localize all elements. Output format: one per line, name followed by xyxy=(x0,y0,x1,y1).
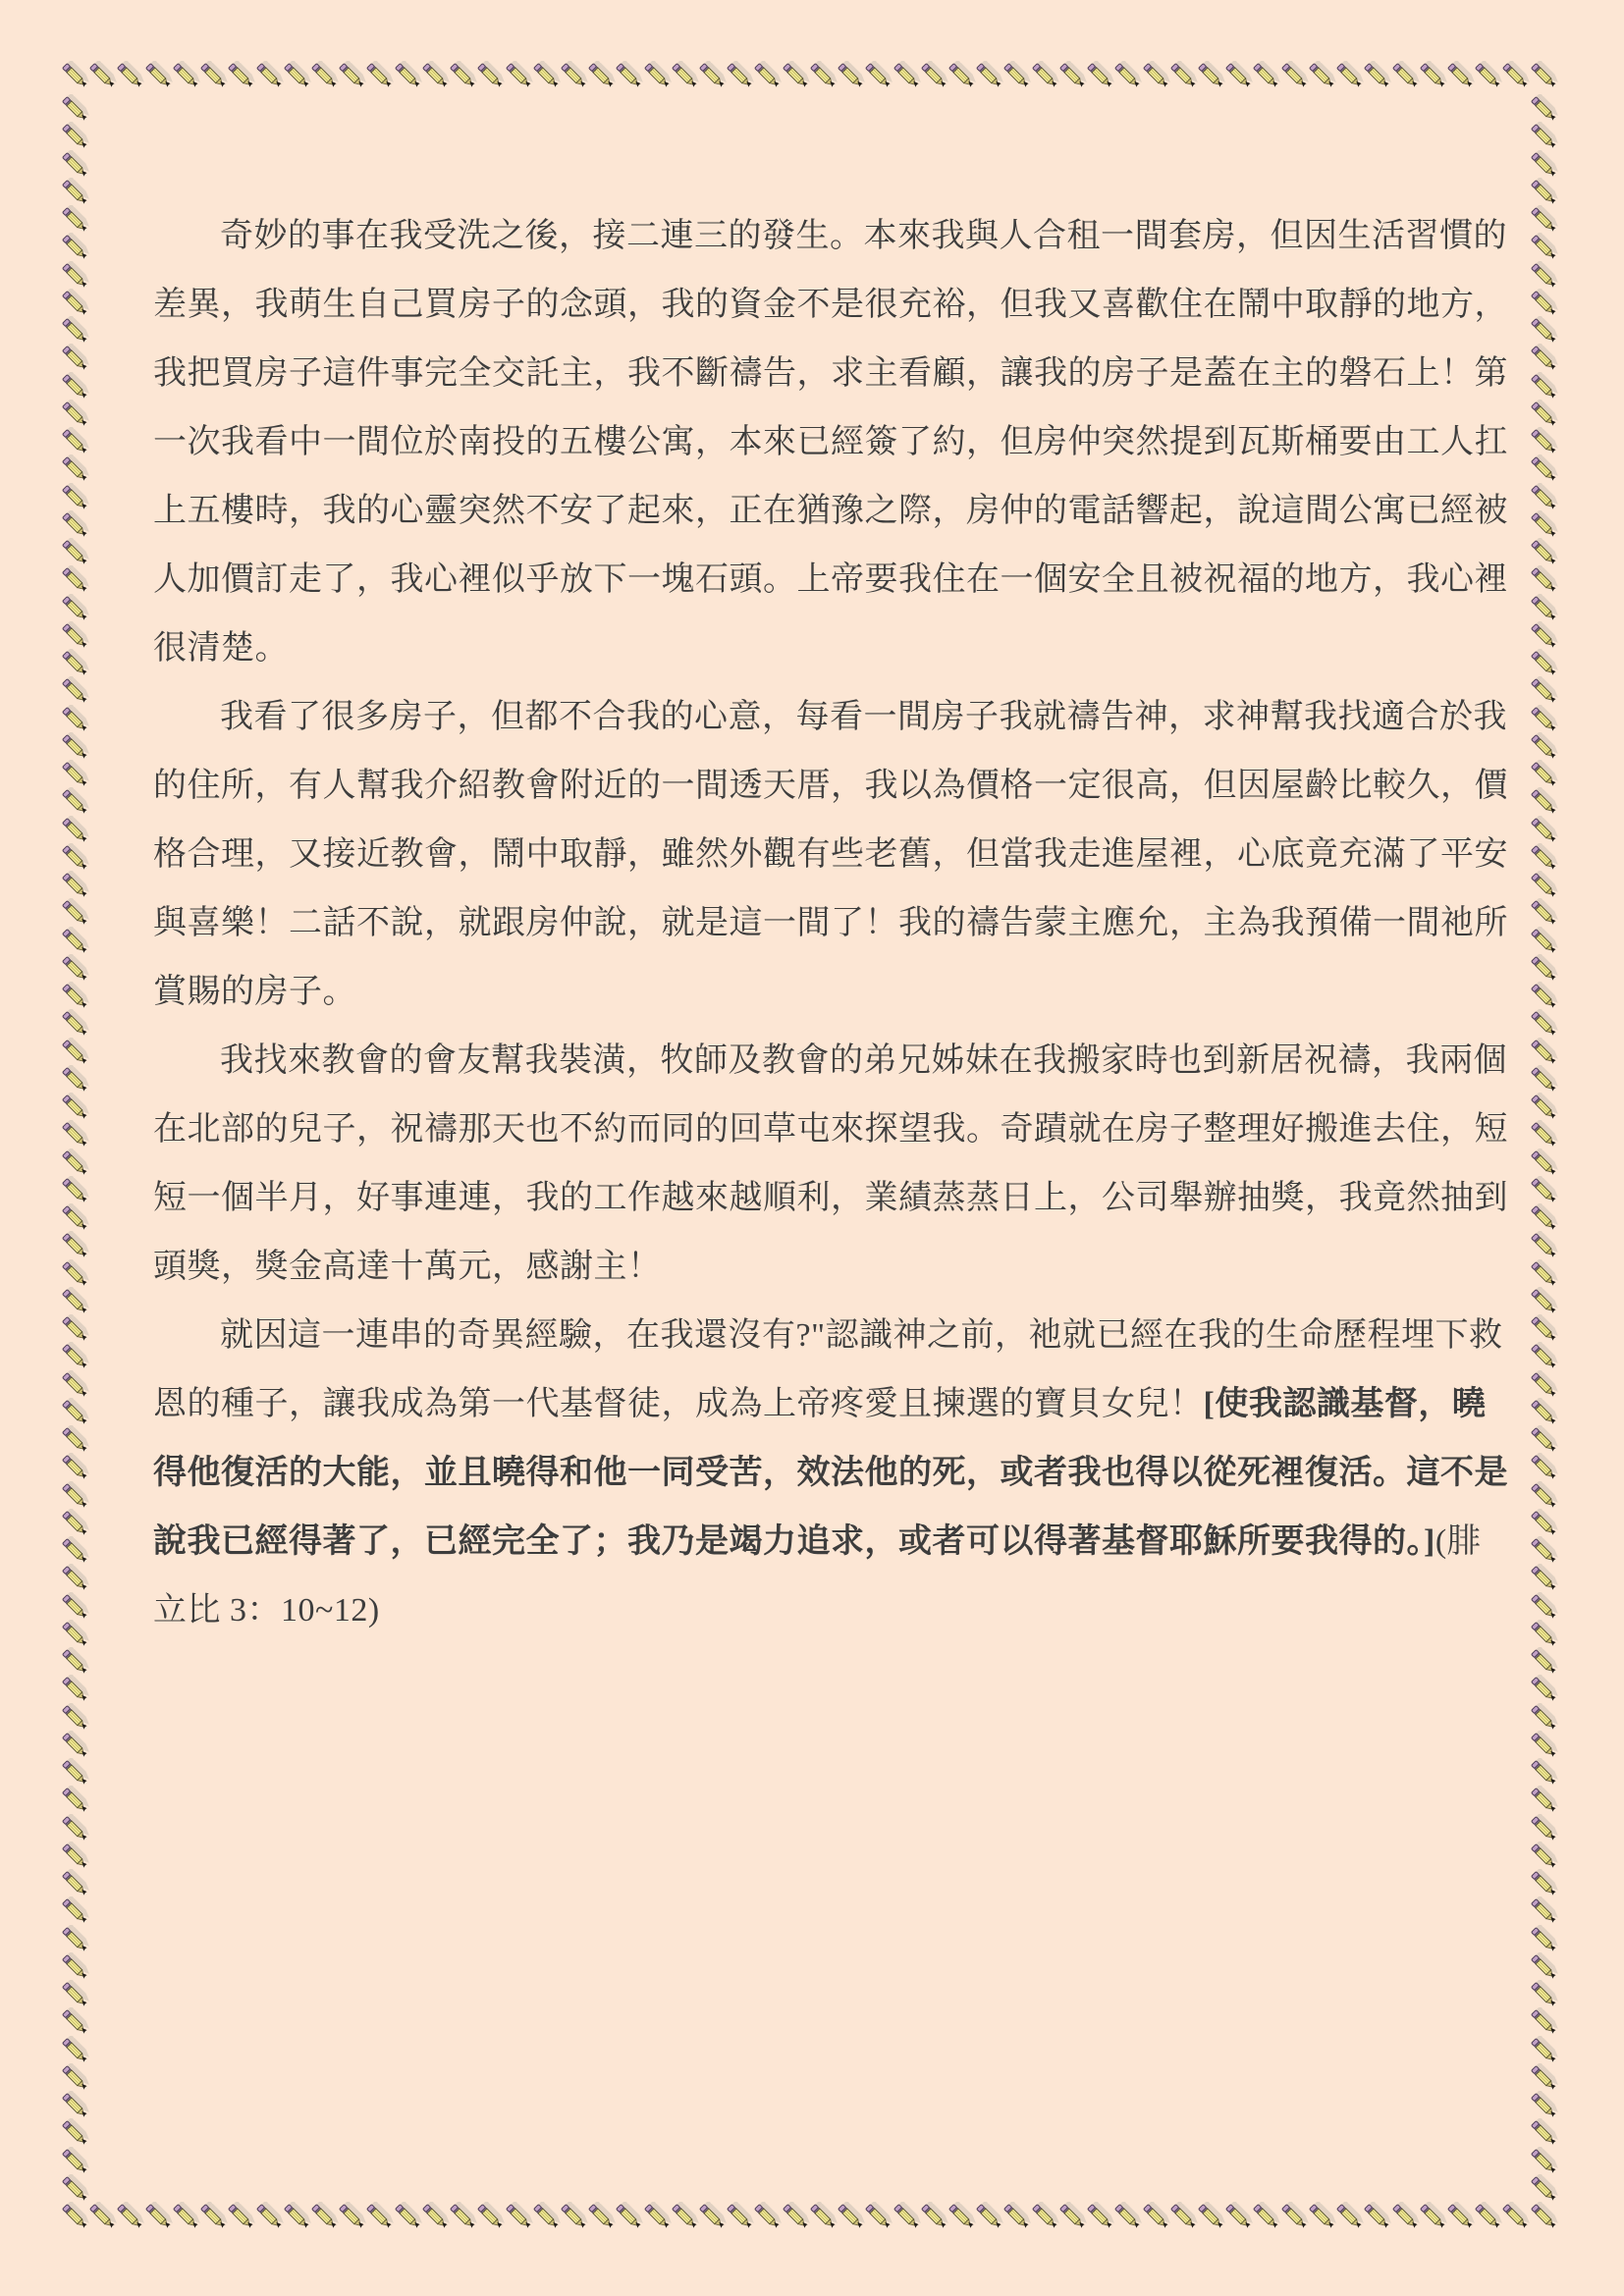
pencil-icon xyxy=(1531,1093,1558,1120)
pencil-icon xyxy=(1531,1952,1558,1980)
pencil-icon xyxy=(1531,427,1558,454)
pencil-icon xyxy=(1531,2147,1558,2174)
pencil-icon xyxy=(1392,2202,1420,2229)
pencil-icon xyxy=(395,61,422,88)
text-line: 人加價訂走了，我心裡似乎放下一塊石頭。上帝要我住在一個安全且被祝福的地方，我心裡 xyxy=(153,546,1528,614)
pencil-icon xyxy=(284,2202,311,2229)
pencil-icon xyxy=(62,565,89,593)
pencil-icon xyxy=(976,2202,1003,2229)
pencil-icon xyxy=(1281,2202,1309,2229)
pencil-icon xyxy=(1336,61,1364,88)
pencil-icon xyxy=(1531,1786,1558,1813)
pencil-icon xyxy=(62,982,89,1009)
pencil-icon xyxy=(1336,2202,1364,2229)
pencil-icon xyxy=(62,1980,89,2007)
pencil-icon xyxy=(838,2202,865,2229)
pencil-icon xyxy=(62,1731,89,1758)
pencil-icon xyxy=(1531,1842,1558,1869)
pencil-icon xyxy=(62,261,89,289)
pencil-icon xyxy=(1475,2202,1502,2229)
pencil-icon xyxy=(561,2202,588,2229)
pencil-icon xyxy=(1531,1647,1558,1675)
pencil-icon xyxy=(422,2202,450,2229)
text-segment: 的住所，有人幫我介紹教會附近的一間透天厝，我以為價格一定很高，但因屋齡比較久，價 xyxy=(153,768,1508,804)
pencil-icon xyxy=(1531,1620,1558,1647)
pencil-icon xyxy=(1531,205,1558,233)
pencil-icon xyxy=(1531,289,1558,316)
pencil-icon xyxy=(506,2202,533,2229)
text-segment: 賞賜的房子。 xyxy=(153,974,356,1010)
text-line: 格合理，又接近教會，鬧中取靜，雖然外觀有些老舊，但當我走進屋裡，心底竟充滿了平安 xyxy=(153,821,1528,889)
pencil-icon xyxy=(200,61,228,88)
text-line: 與喜樂！二話不說，就跟房仲說，就是這一間了！我的禱告蒙主應允，主為我預備一間祂所 xyxy=(153,889,1528,958)
pencil-icon xyxy=(976,61,1003,88)
pencil-icon xyxy=(893,61,921,88)
pencil-icon xyxy=(62,2063,89,2091)
pencil-icon xyxy=(1253,61,1280,88)
pencil-icon xyxy=(62,1065,89,1093)
pencil-icon xyxy=(1281,61,1309,88)
pencil-icon xyxy=(1531,676,1558,704)
text-line: 我找來教會的會友幫我裝潢，牧師及教會的弟兄姊妹在我搬家時也到新居祝禱，我兩個 xyxy=(153,1027,1528,1095)
pencil-icon xyxy=(62,1675,89,1702)
pencil-icon xyxy=(1531,1453,1558,1480)
pencil-icon xyxy=(1531,1370,1558,1398)
pencil-icon xyxy=(62,372,89,400)
text-segment: 奇妙的事在我受洗之後，接二連三的發生。本來我與人合租一間套房，但因生活習慣的 xyxy=(220,218,1507,254)
pencil-icon xyxy=(62,1148,89,1176)
text-segment: 短一個半月，好事連連，我的工作越來越順利，業績蒸蒸日上，公司舉辦抽獎，我竟然抽到 xyxy=(153,1180,1508,1216)
text-line: 差異，我萌生自己買房子的念頭，我的資金不是很充裕，但我又喜歡住在鬧中取靜的地方， xyxy=(153,271,1528,340)
pencil-icon xyxy=(1531,1398,1558,1425)
pencil-icon xyxy=(1531,1287,1558,1314)
pencil-icon xyxy=(1531,510,1558,538)
pencil-icon xyxy=(62,1314,89,1342)
pencil-icon xyxy=(228,2202,255,2229)
pencil-icon xyxy=(588,2202,616,2229)
pencil-icon xyxy=(1531,1703,1558,1731)
pencil-icon xyxy=(477,61,505,88)
pencil-icon xyxy=(1531,816,1558,843)
pencil-icon xyxy=(1531,454,1558,482)
pencil-icon xyxy=(62,344,89,371)
pencil-icon xyxy=(1531,594,1558,621)
text-segment: 我把買房子這件事完全交託主，我不斷禱告，求主看顧，讓我的房子是蓋在主的磐石上！第 xyxy=(153,355,1508,392)
pencil-icon xyxy=(1364,61,1391,88)
pencil-icon xyxy=(62,289,89,316)
text-line: 我看了很多房子，但都不合我的心意，每看一間房子我就禱告神，求神幫我找適合於我 xyxy=(153,683,1528,752)
pencil-icon xyxy=(89,61,117,88)
pencil-icon xyxy=(865,61,893,88)
pencil-icon xyxy=(62,954,89,982)
pencil-icon xyxy=(62,676,89,704)
pencil-icon xyxy=(672,61,699,88)
pencil-icon xyxy=(699,2202,727,2229)
pencil-icon xyxy=(62,2091,89,2118)
pencil-icon xyxy=(1531,61,1558,88)
pencil-icon xyxy=(1447,2202,1475,2229)
bold-text-segment: [使我認識基督，曉 xyxy=(1204,1386,1487,1422)
pencil-icon xyxy=(62,927,89,954)
pencil-icon xyxy=(62,732,89,760)
pencil-icon xyxy=(450,61,477,88)
pencil-icon xyxy=(228,61,255,88)
pencil-icon xyxy=(1531,1176,1558,1203)
pencil-icon xyxy=(62,1814,89,1842)
pencil-icon xyxy=(533,2202,561,2229)
pencil-icon xyxy=(62,898,89,926)
pencil-icon xyxy=(1447,61,1475,88)
pencil-icon xyxy=(62,510,89,538)
pencil-icon xyxy=(1003,61,1031,88)
pencil-icon xyxy=(62,150,89,178)
pencil-icon xyxy=(948,61,976,88)
pencil-icon xyxy=(366,2202,394,2229)
pencil-icon xyxy=(1531,316,1558,344)
pencil-icon xyxy=(1420,2202,1447,2229)
pencil-icon xyxy=(1531,1203,1558,1231)
pencil-icon xyxy=(62,1203,89,1231)
pencil-icon xyxy=(1531,2063,1558,2091)
pencil-icon xyxy=(62,705,89,732)
pencil-icon xyxy=(1170,2202,1198,2229)
pencil-icon xyxy=(62,427,89,454)
paragraph: 就因這一連串的奇異經驗，在我還沒有?"認識神之前，祂就已經在我的生命歷程埋下救恩… xyxy=(153,1302,1528,1645)
pencil-icon xyxy=(921,2202,948,2229)
document-page: 奇妙的事在我受洗之後，接二連三的發生。本來我與人合租一間套房，但因生活習慣的差異… xyxy=(0,0,1624,2296)
text-line: 在北部的兒子，祝禱那天也不約而同的回草屯來探望我。奇蹟就在房子整理好搬進去住，短 xyxy=(153,1095,1528,1164)
pencil-icon xyxy=(62,1786,89,1813)
pencil-icon xyxy=(1531,538,1558,565)
pencil-icon xyxy=(200,2202,228,2229)
pencil-icon xyxy=(1531,1980,1558,2007)
pencil-icon xyxy=(644,61,672,88)
pencil-icon xyxy=(1531,760,1558,787)
document-text: 奇妙的事在我受洗之後，接二連三的發生。本來我與人合租一間套房，但因生活習慣的差異… xyxy=(153,202,1528,1645)
pencil-icon xyxy=(754,61,782,88)
text-line: 一次我看中一間位於南投的五樓公寓，本來已經簽了約，但房仲突然提到瓦斯桶要由工人扛 xyxy=(153,408,1528,477)
pencil-icon xyxy=(1198,61,1225,88)
pencil-icon xyxy=(62,2007,89,2035)
pencil-icon xyxy=(339,61,366,88)
pencil-border-bottom xyxy=(62,2202,1558,2229)
pencil-icon xyxy=(1531,261,1558,289)
pencil-icon xyxy=(1059,61,1087,88)
text-line: 得他復活的大能，並且曉得和他一同受苦，效法他的死，或者我也得以從死裡復活。這不是 xyxy=(153,1439,1528,1508)
pencil-icon xyxy=(1114,2202,1142,2229)
pencil-icon xyxy=(62,61,89,88)
pencil-icon xyxy=(62,1647,89,1675)
text-line: 我把買房子這件事完全交託主，我不斷禱告，求主看顧，讓我的房子是蓋在主的磐石上！第 xyxy=(153,340,1528,408)
pencil-icon xyxy=(1531,1038,1558,1065)
pencil-icon xyxy=(1531,2091,1558,2118)
pencil-icon xyxy=(311,61,339,88)
pencil-border-right xyxy=(1531,94,1558,2202)
pencil-icon xyxy=(145,2202,173,2229)
text-segment: 很清楚。 xyxy=(153,630,289,667)
pencil-icon xyxy=(1531,898,1558,926)
text-line: 很清楚。 xyxy=(153,614,1528,683)
pencil-icon xyxy=(1531,2118,1558,2146)
pencil-icon xyxy=(810,61,838,88)
pencil-icon xyxy=(62,1758,89,1786)
pencil-icon xyxy=(117,2202,144,2229)
pencil-icon xyxy=(1531,565,1558,593)
pencil-icon xyxy=(1032,61,1059,88)
text-segment: 我找來教會的會友幫我裝潢，牧師及教會的弟兄姊妹在我搬家時也到新居祝禱，我兩個 xyxy=(220,1042,1507,1079)
pencil-icon xyxy=(62,649,89,676)
pencil-icon xyxy=(1225,2202,1253,2229)
pencil-icon xyxy=(1531,2007,1558,2035)
pencil-icon xyxy=(62,1453,89,1480)
pencil-icon xyxy=(1531,787,1558,815)
text-segment: 上五樓時，我的心靈突然不安了起來，正在猶豫之際，房仲的電話響起，說這間公寓已經被 xyxy=(153,493,1508,529)
pencil-icon xyxy=(89,2202,117,2229)
pencil-icon xyxy=(1003,2202,1031,2229)
pencil-icon xyxy=(1392,61,1420,88)
pencil-icon xyxy=(1531,732,1558,760)
pencil-icon xyxy=(783,2202,810,2229)
pencil-icon xyxy=(339,2202,366,2229)
pencil-icon xyxy=(1531,1536,1558,1564)
pencil-icon xyxy=(1253,2202,1280,2229)
pencil-icon xyxy=(62,2147,89,2174)
pencil-icon xyxy=(62,483,89,510)
pencil-icon xyxy=(62,1620,89,1647)
paragraph: 我看了很多房子，但都不合我的心意，每看一間房子我就禱告神，求神幫我找適合於我的住… xyxy=(153,683,1528,1027)
pencil-icon xyxy=(1531,94,1558,122)
pencil-icon xyxy=(1531,927,1558,954)
bold-text-segment: 得他復活的大能，並且曉得和他一同受苦，效法他的死，或者我也得以從死裡復活。這不是 xyxy=(153,1455,1508,1491)
pencil-icon xyxy=(1531,1869,1558,1896)
pencil-icon xyxy=(62,205,89,233)
pencil-icon xyxy=(62,233,89,260)
pencil-icon xyxy=(62,2118,89,2146)
pencil-icon xyxy=(62,94,89,122)
pencil-icon xyxy=(1531,621,1558,649)
pencil-icon xyxy=(644,2202,672,2229)
pencil-icon xyxy=(1531,122,1558,149)
pencil-icon xyxy=(1531,344,1558,371)
text-segment: 頭獎，獎金高達十萬元，感謝主！ xyxy=(153,1249,662,1285)
pencil-icon xyxy=(422,61,450,88)
pencil-icon xyxy=(311,2202,339,2229)
pencil-icon xyxy=(672,2202,699,2229)
pencil-icon xyxy=(1531,2036,1558,2063)
pencil-icon xyxy=(1531,649,1558,676)
pencil-icon xyxy=(893,2202,921,2229)
pencil-border-top xyxy=(62,61,1558,88)
pencil-icon xyxy=(1087,2202,1114,2229)
pencil-icon xyxy=(62,1009,89,1037)
text-segment: 差異，我萌生自己買房子的念頭，我的資金不是很充裕，但我又喜歡住在鬧中取靜的地方， xyxy=(153,287,1508,323)
pencil-icon xyxy=(1502,2202,1530,2229)
pencil-icon xyxy=(1531,1259,1558,1287)
pencil-icon xyxy=(1531,178,1558,205)
text-line: 頭獎，獎金高達十萬元，感謝主！ xyxy=(153,1233,1528,1302)
pencil-icon xyxy=(1032,2202,1059,2229)
pencil-icon xyxy=(1225,61,1253,88)
pencil-icon xyxy=(1531,372,1558,400)
bold-text-segment: 說我已經得著了，已經完全了；我乃是竭力追求，或者可以得著基督耶穌所要我得的。] xyxy=(153,1523,1435,1560)
pencil-icon xyxy=(62,1259,89,1287)
pencil-icon xyxy=(62,1093,89,1120)
pencil-icon xyxy=(1531,954,1558,982)
pencil-icon xyxy=(1531,1925,1558,1952)
pencil-icon xyxy=(1531,1758,1558,1786)
pencil-icon xyxy=(117,61,144,88)
pencil-icon xyxy=(62,1425,89,1453)
pencil-icon xyxy=(1531,1231,1558,1258)
pencil-icon xyxy=(62,1952,89,1980)
pencil-icon xyxy=(616,2202,643,2229)
pencil-icon xyxy=(62,594,89,621)
pencil-icon xyxy=(62,1370,89,1398)
pencil-icon xyxy=(145,61,173,88)
text-segment: 格合理，又接近教會，鬧中取靜，雖然外觀有些老舊，但當我走進屋裡，心底竟充滿了平安 xyxy=(153,836,1508,873)
pencil-icon xyxy=(62,454,89,482)
pencil-icon xyxy=(62,871,89,898)
pencil-icon xyxy=(1531,982,1558,1009)
pencil-icon xyxy=(1087,61,1114,88)
text-line: 上五樓時，我的心靈突然不安了起來，正在猶豫之際，房仲的電話響起，說這間公寓已經被 xyxy=(153,477,1528,546)
pencil-icon xyxy=(727,61,754,88)
pencil-icon xyxy=(1059,2202,1087,2229)
pencil-icon xyxy=(1531,1342,1558,1369)
pencil-icon xyxy=(783,61,810,88)
text-segment: 就因這一連串的奇異經驗，在我還沒有?"認識神之前，祂就已經在我的生命歷程埋下救 xyxy=(220,1317,1502,1354)
pencil-icon xyxy=(1531,1731,1558,1758)
text-segment: (腓 xyxy=(1435,1523,1481,1560)
pencil-icon xyxy=(1531,2174,1558,2202)
pencil-icon xyxy=(62,1842,89,1869)
paragraph: 我找來教會的會友幫我裝潢，牧師及教會的弟兄姊妹在我搬家時也到新居祝禱，我兩個在北… xyxy=(153,1027,1528,1302)
text-segment: 人加價訂走了，我心裡似乎放下一塊石頭。上帝要我住在一個安全且被祝福的地方，我心裡 xyxy=(153,561,1508,598)
pencil-icon xyxy=(1531,1148,1558,1176)
pencil-icon xyxy=(62,1176,89,1203)
text-segment: 在北部的兒子，祝禱那天也不約而同的回草屯來探望我。奇蹟就在房子整理好搬進去住，短 xyxy=(153,1111,1508,1148)
text-line: 說我已經得著了，已經完全了；我乃是竭力追求，或者可以得著基督耶穌所要我得的。](… xyxy=(153,1508,1528,1576)
pencil-icon xyxy=(284,61,311,88)
pencil-icon xyxy=(62,1342,89,1369)
pencil-icon xyxy=(62,1564,89,1591)
text-line: 就因這一連串的奇異經驗，在我還沒有?"認識神之前，祂就已經在我的生命歷程埋下救 xyxy=(153,1302,1528,1370)
pencil-icon xyxy=(588,61,616,88)
pencil-icon xyxy=(1531,233,1558,260)
pencil-icon xyxy=(62,1896,89,1924)
pencil-icon xyxy=(1143,61,1170,88)
pencil-icon xyxy=(865,2202,893,2229)
pencil-icon xyxy=(62,1231,89,1258)
text-segment: 一次我看中一間位於南投的五樓公寓，本來已經簽了約，但房仲突然提到瓦斯桶要由工人扛 xyxy=(153,424,1508,460)
pencil-icon xyxy=(754,2202,782,2229)
pencil-icon xyxy=(62,2036,89,2063)
pencil-icon xyxy=(699,61,727,88)
text-line: 短一個半月，好事連連，我的工作越來越順利，業績蒸蒸日上，公司舉辦抽獎，我竟然抽到 xyxy=(153,1164,1528,1233)
pencil-icon xyxy=(1364,2202,1391,2229)
pencil-icon xyxy=(1531,483,1558,510)
text-line: 的住所，有人幫我介紹教會附近的一間透天厝，我以為價格一定很高，但因屋齡比較久，價 xyxy=(153,752,1528,821)
pencil-icon xyxy=(1531,1120,1558,1148)
pencil-icon xyxy=(173,61,200,88)
pencil-icon xyxy=(1531,1592,1558,1620)
pencil-icon xyxy=(62,316,89,344)
text-line: 恩的種子，讓我成為第一代基督徒，成為上帝疼愛且揀選的寶貝女兒！[使我認識基督，曉 xyxy=(153,1370,1528,1439)
pencil-icon xyxy=(62,2174,89,2202)
text-line: 立比 3：10~12) xyxy=(153,1576,1528,1645)
pencil-icon xyxy=(1531,150,1558,178)
pencil-icon xyxy=(256,61,284,88)
pencil-icon xyxy=(450,2202,477,2229)
text-segment: 恩的種子，讓我成為第一代基督徒，成為上帝疼愛且揀選的寶貝女兒！ xyxy=(153,1386,1204,1422)
pencil-icon xyxy=(1531,1814,1558,1842)
pencil-icon xyxy=(1531,1314,1558,1342)
pencil-icon xyxy=(561,61,588,88)
pencil-icon xyxy=(1531,1065,1558,1093)
pencil-icon xyxy=(506,61,533,88)
pencil-icon xyxy=(1531,1509,1558,1536)
pencil-icon xyxy=(62,1120,89,1148)
pencil-icon xyxy=(62,816,89,843)
pencil-icon xyxy=(838,61,865,88)
pencil-icon xyxy=(1309,2202,1336,2229)
pencil-icon xyxy=(62,1925,89,1952)
pencil-icon xyxy=(62,760,89,787)
pencil-icon xyxy=(948,2202,976,2229)
pencil-icon xyxy=(62,843,89,871)
pencil-icon xyxy=(1531,1564,1558,1591)
pencil-icon xyxy=(62,621,89,649)
pencil-icon xyxy=(1143,2202,1170,2229)
pencil-icon xyxy=(1531,1896,1558,1924)
pencil-icon xyxy=(1502,61,1530,88)
pencil-icon xyxy=(62,1703,89,1731)
pencil-icon xyxy=(62,1869,89,1896)
text-segment: 與喜樂！二話不說，就跟房仲說，就是這一間了！我的禱告蒙主應允，主為我預備一間祂所 xyxy=(153,905,1508,941)
pencil-icon xyxy=(62,1481,89,1509)
pencil-icon xyxy=(173,2202,200,2229)
pencil-icon xyxy=(1170,61,1198,88)
pencil-icon xyxy=(62,400,89,427)
pencil-icon xyxy=(62,1536,89,1564)
pencil-icon xyxy=(1531,1481,1558,1509)
pencil-icon xyxy=(1531,843,1558,871)
pencil-icon xyxy=(62,122,89,149)
pencil-icon xyxy=(62,178,89,205)
pencil-icon xyxy=(477,2202,505,2229)
pencil-icon xyxy=(62,1398,89,1425)
pencil-icon xyxy=(1531,1009,1558,1037)
pencil-icon xyxy=(62,2202,89,2229)
pencil-icon xyxy=(62,1038,89,1065)
pencil-icon xyxy=(366,61,394,88)
pencil-icon xyxy=(1114,61,1142,88)
pencil-border-left xyxy=(62,94,89,2202)
pencil-icon xyxy=(616,61,643,88)
pencil-icon xyxy=(1531,871,1558,898)
pencil-icon xyxy=(1198,2202,1225,2229)
pencil-icon xyxy=(727,2202,754,2229)
pencil-icon xyxy=(62,1592,89,1620)
pencil-icon xyxy=(395,2202,422,2229)
pencil-icon xyxy=(1531,705,1558,732)
pencil-icon xyxy=(62,538,89,565)
text-segment: 立比 3：10~12) xyxy=(153,1592,380,1629)
text-line: 奇妙的事在我受洗之後，接二連三的發生。本來我與人合租一間套房，但因生活習慣的 xyxy=(153,202,1528,271)
pencil-icon xyxy=(62,1509,89,1536)
pencil-icon xyxy=(1531,1675,1558,1702)
text-line: 賞賜的房子。 xyxy=(153,958,1528,1027)
